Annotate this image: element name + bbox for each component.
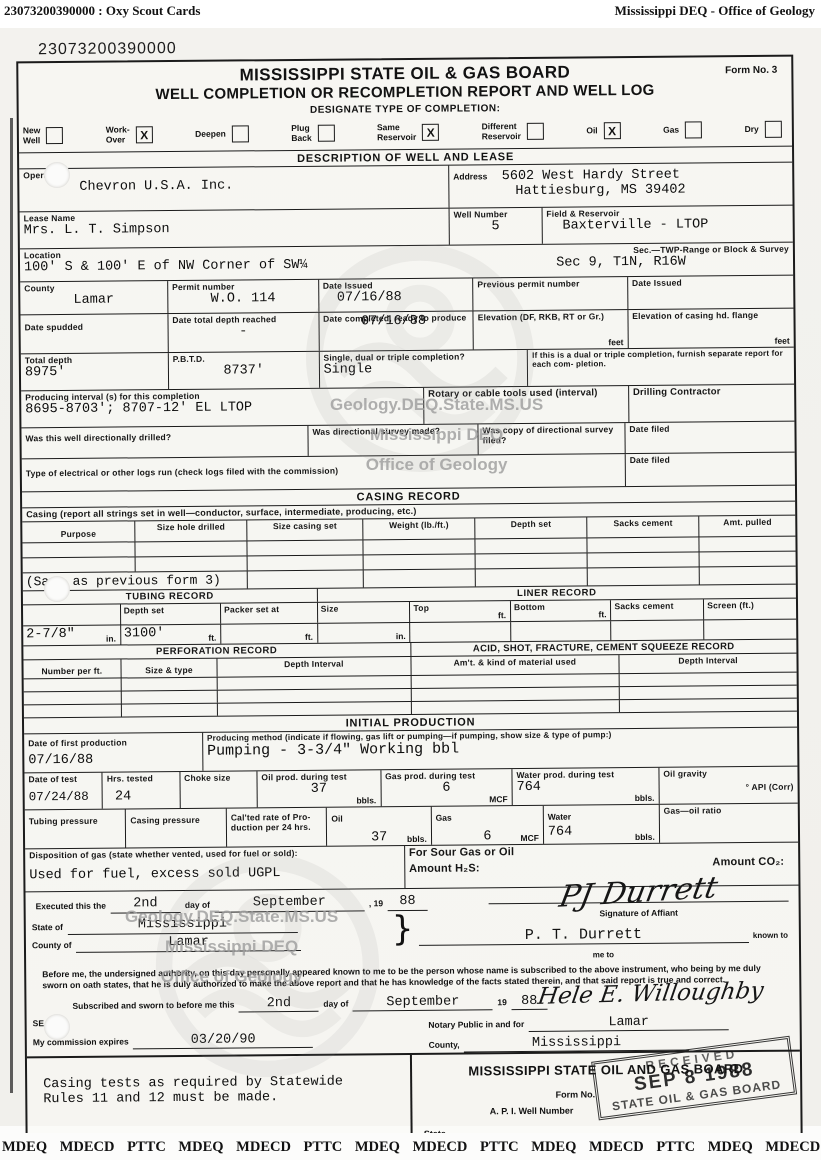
checkbox-mark: X	[427, 127, 435, 139]
board-box: MISSISSIPPI STATE OIL AND GAS BOARD Form…	[410, 1051, 801, 1133]
field-label: Oil gravity	[663, 767, 793, 778]
casing-col-sacks: Sacks cement	[586, 516, 698, 537]
hole-punch	[44, 1014, 70, 1040]
footer-text: MDEQ MDECD PTTC MDEQ MDECD PTTC MDEQ MDE…	[2, 1139, 821, 1156]
field-unit: in.	[396, 631, 406, 641]
field-label: Was copy of directional survey filed?	[482, 424, 620, 445]
field-elevation: Elevation (DF, RKB, RT or Gr.) feet	[473, 310, 628, 349]
checkbox-box: X	[422, 124, 439, 141]
checkbox-label: Different Reservoir	[482, 122, 521, 142]
casing-col-depth-set: Depth set	[474, 517, 586, 538]
field-label: Previous permit number	[477, 278, 623, 289]
printed-text: Executed this the	[36, 900, 106, 911]
field-oil-gravity: Oil gravity ° API (Corr)	[658, 766, 797, 803]
field-value: 8975'	[25, 364, 164, 380]
acid-col-depth: Depth Interval	[619, 653, 797, 673]
filled-blank: Mississippi	[67, 917, 297, 934]
field-label: Was directional survey made?	[312, 425, 473, 436]
field-unit: bbls.	[635, 792, 655, 802]
field-rate-per-24hrs: Cal'ted rate of Pro- duction per 24 hrs.	[226, 807, 327, 846]
checkbox-box	[765, 121, 782, 138]
casing-col-purpose: Purpose	[22, 521, 134, 542]
field-label: Drilling Contractor	[633, 385, 790, 397]
casing-tests-note: Casing tests as required by Statewide Ru…	[27, 1055, 410, 1133]
field-unit: ft.	[598, 609, 606, 619]
field-label: Cal'ted rate of Pro- duction per 24 hrs.	[231, 811, 323, 832]
api-well-number-label: A. P. I. Well Number	[490, 1105, 574, 1116]
field-unit: MCF	[520, 832, 539, 842]
field-date-completed: Date completed, ready to produce 07/16/8…	[318, 311, 473, 350]
field-label: Date Issued	[632, 276, 789, 287]
printed-text: County,	[429, 1039, 460, 1049]
field-label: Date of first production	[28, 736, 198, 747]
column-header: Screen (ft.)	[707, 599, 793, 610]
column-header: Size & type	[124, 664, 214, 675]
field-value: -	[172, 323, 314, 339]
column-header: Amt. pulled	[703, 516, 793, 527]
perf-col-number: Number per ft.	[23, 659, 120, 678]
well-completion-form: MISSISSIPPI STATE OIL & GAS BOARD WELL C…	[16, 55, 803, 1133]
column-header: Sacks cement	[614, 600, 700, 611]
field-total-depth: Total depth 8975'	[21, 353, 168, 390]
checkbox-box	[46, 127, 63, 144]
hole-punch	[44, 576, 70, 602]
field-label: Was this well directionally drilled?	[25, 430, 303, 442]
field-gas-oil-ratio: Gas—oil ratio	[659, 803, 799, 842]
field-rate-oil: Oil 37 bbls.	[326, 806, 431, 845]
hole-punch	[44, 162, 70, 188]
tubing-packer-header: Packer set at	[220, 602, 317, 623]
checkbox-deepen: Deepen	[195, 126, 249, 143]
tubing-packer-value: ft.	[220, 623, 317, 643]
field-unit: bbls.	[635, 831, 655, 841]
field-permit-number: Permit number W.O. 114	[167, 279, 318, 312]
field-label: If this is a dual or triple completion, …	[532, 348, 790, 368]
filled-blank: September	[353, 995, 493, 1011]
casing-col-amt-pulled: Amt. pulled	[699, 515, 796, 536]
field-logs-run: Type of electrical or other logs run (ch…	[22, 454, 625, 491]
filled-blank: Mississippi	[464, 1035, 689, 1052]
printed-text: , 19	[369, 898, 383, 908]
field-value: Chevron U.S.A. Inc.	[23, 176, 444, 195]
screenshot-root: { "header": { "left": "23073200390000 : …	[0, 0, 821, 1160]
column-header: Top	[413, 602, 507, 613]
field-location: Location 100' S & 100' E of NW Corner of…	[20, 245, 449, 281]
checkbox-label: Plug Back	[291, 124, 311, 144]
checkbox-label: Same Reservoir	[377, 123, 416, 143]
field-oil-prod: Oil prod. during test 37 bbls.	[256, 770, 380, 807]
column-header: Size	[321, 603, 407, 614]
form-title-block: MISSISSIPPI STATE OIL & GAS BOARD WELL C…	[18, 57, 791, 121]
field-producing-method: Producing method (indicate if flowing, g…	[202, 727, 798, 770]
field-date-issued: Date Issued 07/16/88	[318, 278, 473, 311]
field-rate-gas: Gas 6 MCF	[431, 805, 543, 844]
page-header: 23073200390000 : Oxy Scout Cards Mississ…	[0, 0, 821, 28]
column-header: Bottom	[514, 601, 608, 612]
filled-blank: September	[214, 896, 364, 912]
column-header: Packer set at	[224, 603, 314, 614]
subscribed-line: Subscribed and sworn to before me this 2…	[32, 989, 793, 1014]
field-value: 8737'	[173, 362, 315, 378]
field-label: Date filed	[630, 453, 791, 464]
casing-col-size-casing: Size casing set	[246, 519, 362, 540]
field-date-td-reached: Date total depth reached -	[167, 312, 318, 351]
field-unit: ft.	[208, 632, 216, 642]
field-unit: ft.	[305, 631, 313, 641]
liner-size-value: in.	[317, 623, 410, 643]
field-value: 3100'	[124, 625, 218, 641]
checkbox-new-well: New Well	[23, 126, 64, 146]
field-value: Mrs. L. T. Simpson	[24, 219, 445, 238]
field-date-issued-2: Date Issued	[627, 275, 793, 308]
tubing-size-header	[23, 604, 120, 625]
field-date-first-production: Date of first production 07/16/88	[24, 732, 202, 772]
field-label: Elevation (DF, RKB, RT or Gr.)	[478, 311, 624, 322]
field-completion-type: Single, dual or triple completion? Singl…	[318, 349, 527, 387]
liner-sacks-header: Sacks cement	[610, 599, 703, 620]
field-sec-twp: Sec.—TWP-Range or Block & Survey Sec 9, …	[449, 242, 793, 277]
page-header-left: 23073200390000 : Oxy Scout Cards	[4, 3, 200, 19]
field-label: Amount H₂S:	[409, 862, 480, 875]
column-header: Size casing set	[250, 520, 359, 531]
liner-sacks-value	[611, 620, 704, 640]
filled-blank: Lamar	[76, 935, 301, 952]
field-value: Baxterville - LTOP	[546, 216, 788, 233]
field-operator: Operator Chevron U.S.A. Inc.	[19, 165, 448, 211]
field-label: Casing pressure	[130, 814, 222, 825]
liner-screen-value	[703, 619, 796, 639]
field-gas-prod: Gas prod. during test 6 MCF	[380, 769, 512, 806]
field-date-filed-2: Date filed	[625, 452, 795, 485]
field-rotary-tools: Rotary or cable tools used (interval)	[423, 386, 628, 424]
field-value: 100' S & 100' E of NW Corner of SW¼	[24, 256, 445, 275]
checkbox-label: New Well	[23, 126, 41, 146]
liner-top-header: Topft.	[409, 601, 510, 622]
field-value: 2-7/8"	[26, 626, 117, 642]
field-value: 8695-8703'; 8707-12' EL LTOP	[25, 398, 419, 416]
field-value: 07/16/88	[323, 289, 469, 305]
checkbox-label: Dry	[745, 125, 759, 135]
perf-col-size-type: Size & type	[120, 658, 217, 677]
acid-col-material: Am't. & kind of material used	[410, 655, 619, 675]
brace-glyph: }	[392, 913, 414, 963]
checkbox-label: Work- Over	[106, 125, 130, 145]
checkbox-box	[685, 122, 702, 139]
printed-text: day of	[185, 899, 210, 909]
field-water-prod: Water prod. during test 764 bbls.	[511, 767, 658, 804]
liner-top-value	[410, 622, 511, 642]
field-value: Used for fuel, excess sold UGPL	[29, 865, 400, 883]
field-lease-name: Lease Name Mrs. L. T. Simpson	[20, 208, 449, 248]
field-label: Date of test	[28, 773, 97, 784]
field-label: Elevation of casing hd. flange	[632, 309, 789, 320]
field-date-spudded: Date spudded	[20, 314, 167, 353]
field-value: Sec 9, T1N, R16W	[453, 253, 789, 271]
form-sheet: 23073200390000 MISSISSIPPI STATE OIL & G…	[16, 29, 803, 1133]
perf-col-depth: Depth Interval	[217, 657, 410, 677]
field-unit: feet	[775, 335, 790, 345]
printed-text: County of	[32, 939, 72, 949]
filled-blank: 2nd	[110, 897, 180, 913]
checkbox-same-reservoir: Same ReservoirX	[377, 123, 439, 143]
casing-col-size-hole: Size hole drilled	[134, 520, 246, 541]
field-pbtd: P.B.T.D. 8737'	[168, 351, 319, 388]
field-field-reservoir: Field & Reservoir Baxterville - LTOP	[541, 205, 793, 243]
field-value: Single	[323, 361, 523, 378]
checkbox-gas: Gas	[663, 122, 702, 139]
field-disposition-of-gas: Disposition of gas (state whether vented…	[25, 846, 404, 891]
checkbox-box	[232, 126, 249, 143]
field-survey-made: Was directional survey made?	[307, 424, 477, 455]
field-hrs-tested: Hrs. tested 24	[102, 772, 180, 809]
appeared-name: P. T. Durrett	[418, 926, 748, 946]
printed-text: Before me, the undersigned authority, on…	[42, 966, 330, 979]
field-address: Address 5602 West Hardy Street Hattiesbu…	[448, 162, 792, 207]
field-label: Choke size	[184, 772, 252, 783]
column-header: Sacks cement	[590, 517, 695, 528]
field-label: Gas	[436, 812, 452, 822]
dual-completion-note: If this is a dual or triple completion, …	[527, 347, 794, 385]
liner-size-header: Size	[317, 602, 410, 623]
filled-blank: Lamar	[529, 1015, 729, 1032]
field-previous-permit: Previous permit number	[472, 277, 627, 310]
tubing-depth-header: Depth set	[120, 603, 221, 624]
column-header: Depth Interval	[623, 654, 794, 665]
checkbox-label: Deepen	[195, 129, 226, 139]
column-header: Weight (lb./ft.)	[366, 519, 471, 530]
field-date-filed-1: Date filed	[624, 421, 794, 452]
field-value: 24	[107, 789, 175, 805]
field-unit: feet	[608, 337, 623, 347]
field-survey-filed: Was copy of directional survey filed?	[477, 423, 624, 454]
field-label: Oil	[331, 813, 342, 823]
field-unit: ° API (Corr)	[663, 781, 793, 792]
field-unit: MCF	[489, 794, 508, 804]
field-date-of-test: Date of test 07/24/88	[24, 772, 102, 809]
field-unit: ft.	[498, 610, 506, 620]
field-label: Date filed	[629, 422, 790, 433]
field-label: Type of electrical or other logs run (ch…	[26, 463, 621, 478]
filled-blank: 2nd	[239, 996, 319, 1012]
field-casing-pressure: Casing pressure	[125, 808, 226, 847]
filled-blank: 03/20/90	[133, 1032, 313, 1049]
field-unit: in.	[106, 633, 116, 643]
field-label: Date spudded	[25, 321, 164, 332]
tubing-depth-value: 3100'ft.	[120, 624, 221, 644]
scanned-document: Geology.DEQ.State.MS.US Mississippi DEQ …	[0, 28, 821, 1133]
casing-col-weight: Weight (lb./ft.)	[362, 518, 474, 539]
checkbox-box	[527, 123, 544, 140]
field-value: 07/24/88	[29, 789, 98, 804]
form-number-label: Form No. 3	[725, 65, 777, 76]
printed-text: day of	[323, 998, 348, 1008]
field-choke-size: Choke size	[179, 771, 257, 808]
section-label: PERFORATION RECORD	[26, 644, 407, 658]
column-header: Number per ft.	[27, 665, 118, 676]
field-county: County Lamar	[20, 281, 167, 314]
checkbox-mark: X	[140, 129, 148, 141]
note-line: Rules 11 and 12 must be made.	[31, 1089, 406, 1107]
checkbox-box: X	[136, 126, 153, 143]
field-label: Tubing pressure	[29, 815, 122, 826]
printed-text: Notary Public in and for	[428, 1019, 524, 1030]
notary-signature: Hele E. Willoughby	[537, 978, 766, 1010]
field-producing-interval: Producing interval (s) for this completi…	[21, 387, 423, 427]
printed-text: SEAL	[33, 1015, 429, 1028]
field-label: Address	[453, 171, 487, 181]
column-header: Am't. & kind of material used	[414, 656, 616, 668]
field-unit: bbls.	[356, 795, 376, 805]
printed-text: My commission expires	[33, 1036, 129, 1047]
field-unit: bbls.	[407, 833, 427, 843]
state-label: State	[424, 1128, 446, 1133]
checkbox-dry: Dry	[744, 121, 781, 138]
checkbox-box: X	[604, 122, 621, 139]
liner-screen-header: Screen (ft.)	[703, 598, 796, 619]
field-value: 5	[454, 218, 538, 234]
checkbox-work-over: Work- OverX	[106, 125, 153, 145]
checkbox-box	[318, 125, 335, 142]
field-tubing-pressure: Tubing pressure	[25, 809, 126, 848]
section-label: ACID, SHOT, FRACTURE, CEMENT SQUEEZE REC…	[414, 640, 794, 654]
page-header-right: Mississippi DEQ - Office of Geology	[615, 3, 815, 19]
field-drilling-contractor: Drilling Contractor	[628, 384, 795, 421]
checkbox-plug-back: Plug Back	[291, 124, 334, 144]
column-header: Purpose	[25, 528, 131, 539]
printed-text: State of	[32, 922, 63, 932]
field-value: W.O. 114	[172, 290, 314, 306]
page-edge-shadow	[10, 118, 13, 1093]
form-no-label: Form No.	[556, 1089, 596, 1099]
printed-text: Subscribed and sworn to before me this	[72, 999, 234, 1010]
field-rate-water: Water 764 bbls.	[543, 804, 659, 843]
field-label: Disposition of gas (state whether vented…	[29, 847, 400, 860]
liner-bottom-value	[510, 621, 611, 641]
field-label: Gas—oil ratio	[664, 804, 794, 815]
field-value: Lamar	[24, 292, 163, 308]
field-elevation-casing: Elevation of casing hd. flange feet	[627, 308, 794, 347]
field-value: Hattiesburg, MS 39402	[453, 181, 788, 199]
liner-bottom-header: Bottomft.	[510, 600, 611, 621]
checkbox-label: Gas	[663, 125, 679, 135]
tubing-size-value: 2-7/8"in.	[23, 625, 120, 645]
checkbox-label: Oil	[586, 126, 597, 136]
affiant-signature-block: PJ Durrett Signature of Affiant	[488, 873, 788, 922]
field-value: 07/16/88	[28, 751, 198, 767]
column-header: Depth set	[124, 604, 218, 615]
column-header: Size hole drilled	[138, 521, 243, 532]
field-directionally-drilled: Was this well directionally drilled?	[21, 425, 307, 457]
printed-text: 19	[497, 997, 507, 1007]
field-label: Water	[548, 811, 571, 821]
field-label: Hrs. tested	[107, 773, 175, 784]
field-well-number: Well Number 5	[449, 207, 542, 244]
column-header: Depth Interval	[221, 658, 407, 670]
checkbox-mark: X	[608, 125, 616, 137]
checkbox-oil: OilX	[586, 122, 620, 139]
column-header: Depth set	[478, 518, 583, 529]
field-label: Rotary or cable tools used (interval)	[428, 387, 624, 400]
checkbox-different-reservoir: Different Reservoir	[482, 122, 544, 142]
field-value: 5602 West Hardy Street	[492, 167, 680, 184]
